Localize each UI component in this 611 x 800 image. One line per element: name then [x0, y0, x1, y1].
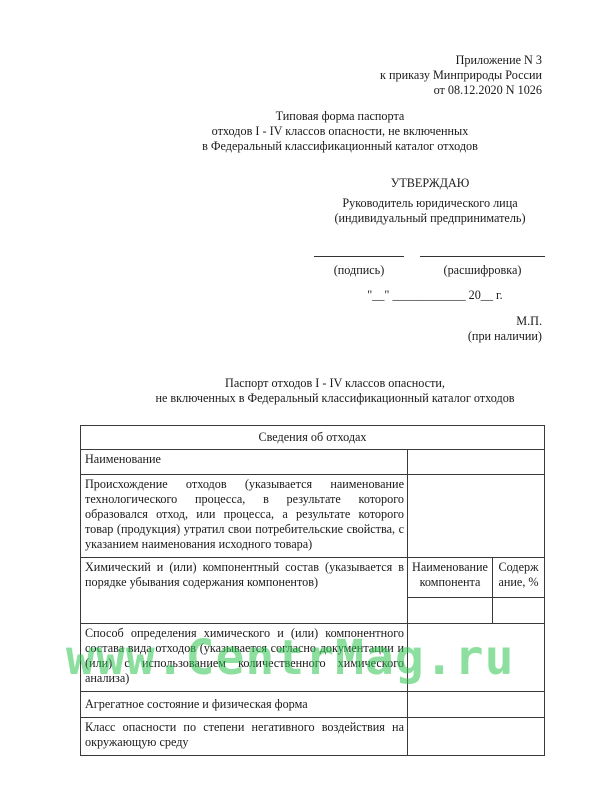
- signature-line[interactable]: [314, 256, 404, 257]
- decoding-line[interactable]: [420, 256, 545, 257]
- row-value-origin[interactable]: [408, 475, 545, 558]
- decoding-label: (расшифровка): [420, 263, 545, 278]
- appendix-line: Приложение N 3: [242, 53, 542, 68]
- table-row: Способ определения химического и (или) к…: [81, 624, 545, 692]
- table-row: Химический и (или) компонентный состав (…: [81, 558, 545, 598]
- appendix-reference: Приложение N 3 к приказу Минприроды Росс…: [242, 53, 542, 98]
- table-row: Происхождение отходов (указывается наиме…: [81, 475, 545, 558]
- table-header-row: Сведения об отходах: [81, 426, 545, 450]
- row-label-origin: Происхождение отходов (указывается наиме…: [81, 475, 408, 558]
- stamp-line: М.П.: [342, 314, 542, 329]
- form-title-line: отходов I - IV классов опасности, не вкл…: [140, 124, 540, 139]
- table-row: Агрегатное состояние и физическая форма: [81, 692, 545, 718]
- waste-info-table: Сведения об отходах Наименование Происхо…: [80, 425, 545, 756]
- stamp-note: М.П. (при наличии): [342, 314, 542, 344]
- row-label-hazard-class: Класс опасности по степени негативного в…: [81, 718, 408, 756]
- table-row: Наименование: [81, 450, 545, 475]
- signature-label: (подпись): [314, 263, 404, 278]
- value-content-percent[interactable]: [493, 598, 545, 624]
- row-label-method: Способ определения химического и (или) к…: [81, 624, 408, 692]
- row-label-name: Наименование: [81, 450, 408, 475]
- head-role-line: (индивидуальный предприниматель): [300, 211, 560, 226]
- head-role: Руководитель юридического лица (индивиду…: [300, 196, 560, 226]
- row-value-hazard-class[interactable]: [408, 718, 545, 756]
- table-header: Сведения об отходах: [81, 426, 545, 450]
- subheader-component-name: Наименование компонента: [408, 558, 493, 598]
- head-role-line: Руководитель юридического лица: [300, 196, 560, 211]
- passport-title: Паспорт отходов I - IV классов опасности…: [100, 376, 570, 406]
- appendix-line: от 08.12.2020 N 1026: [242, 83, 542, 98]
- form-title: Типовая форма паспорта отходов I - IV кл…: [140, 109, 540, 154]
- value-component-name[interactable]: [408, 598, 493, 624]
- row-value-method[interactable]: [408, 624, 545, 692]
- passport-title-line: Паспорт отходов I - IV классов опасности…: [100, 376, 570, 391]
- stamp-line: (при наличии): [342, 329, 542, 344]
- row-label-aggregate-state: Агрегатное состояние и физическая форма: [81, 692, 408, 718]
- approve-label: УТВЕРЖДАЮ: [330, 176, 530, 191]
- form-title-line: Типовая форма паспорта: [140, 109, 540, 124]
- row-label-composition: Химический и (или) компонентный состав (…: [81, 558, 408, 624]
- passport-title-line: не включенных в Федеральный классификаци…: [100, 391, 570, 406]
- subheader-content-percent: Содерж ание, %: [493, 558, 545, 598]
- row-value-name[interactable]: [408, 450, 545, 475]
- date-field[interactable]: "__" ____________ 20__ г.: [340, 288, 530, 303]
- row-value-aggregate-state[interactable]: [408, 692, 545, 718]
- appendix-line: к приказу Минприроды России: [242, 68, 542, 83]
- table-row: Класс опасности по степени негативного в…: [81, 718, 545, 756]
- form-title-line: в Федеральный классификационный каталог …: [140, 139, 540, 154]
